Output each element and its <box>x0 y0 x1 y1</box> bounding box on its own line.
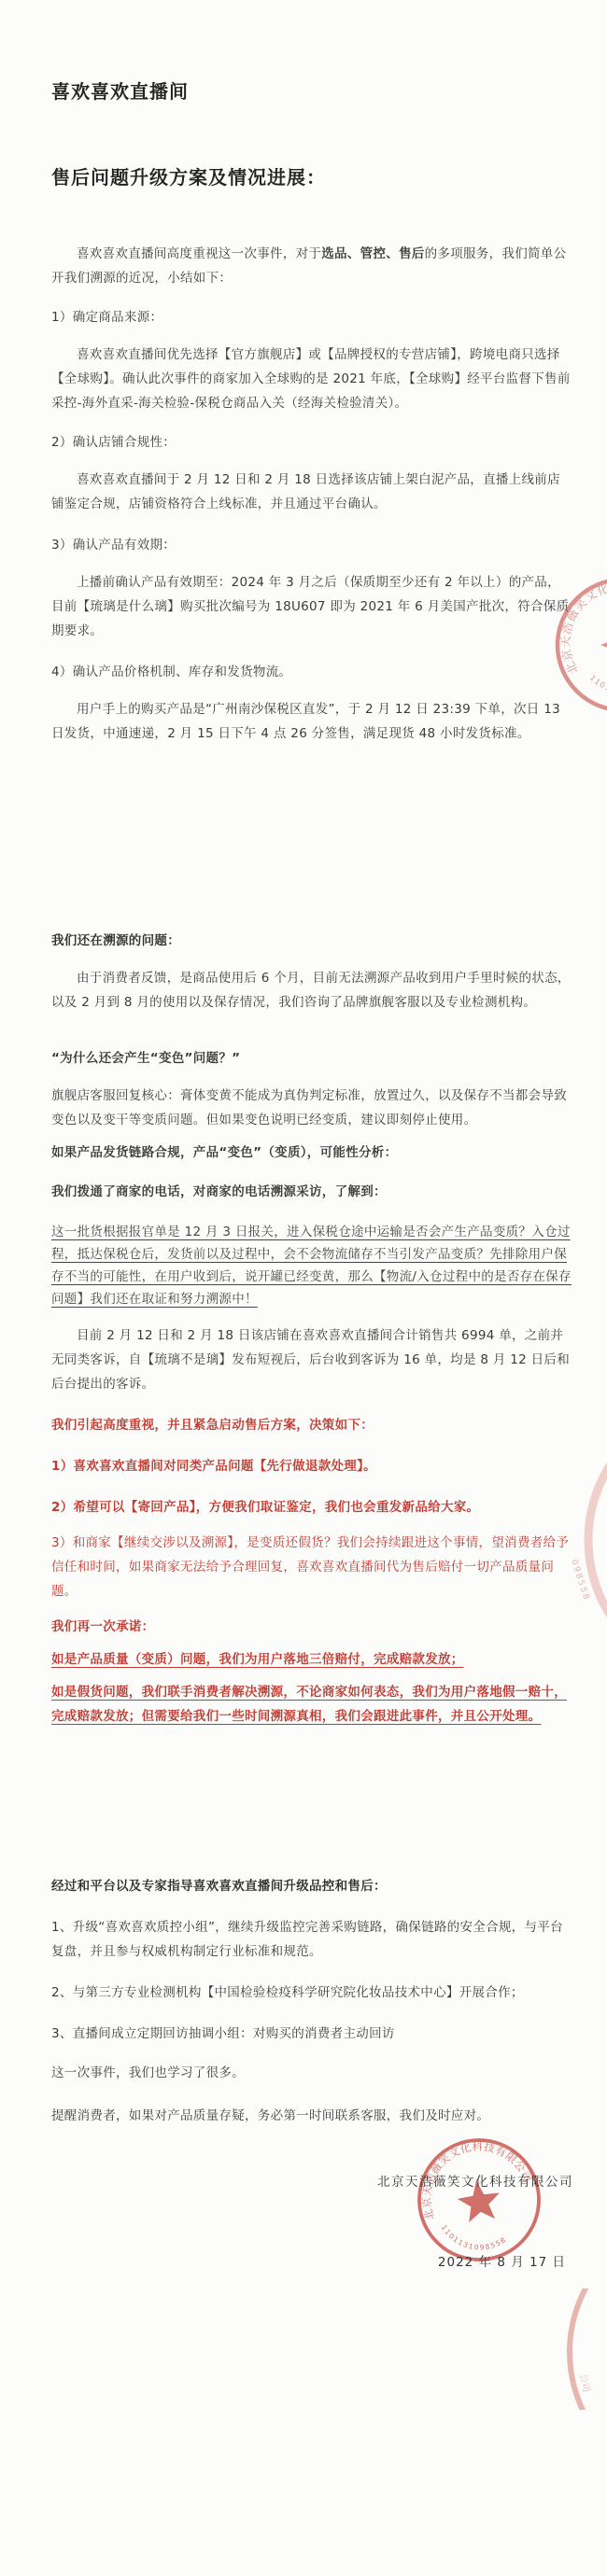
tracing-p2: 旗舰店客服回复核心：膏体变黄不能成为真伪判定标准，放置过久，以及保存不当都会导致… <box>51 1084 572 1132</box>
source-item4-body: 用户手上的购买产品是“广州南沙保税区直发”，于 2 月 12 日 23:39 下… <box>51 697 572 746</box>
source-item3-title: 3）确认产品有效期： <box>51 533 572 557</box>
upgrade-item2: 2、与第三方专业检测机构【中国检验检疫科学研究院化妆品技术中心】开展合作； <box>51 1981 572 2005</box>
doc-title-line1: 喜欢喜欢直播间 <box>51 79 572 104</box>
tracing-p1: 由于消费者反馈，是商品使用后 6 个月，目前无法溯源产品收到用户手里时候的状态，… <box>51 966 572 1015</box>
promise-1: 如是产品质量（变质）问题，我们为用户落地三倍赔付，完成赔款发放； <box>51 1647 572 1672</box>
document-page: 喜欢喜欢直播间 售后问题升级方案及情况进展： 喜欢喜欢直播间高度重视这一次事件，… <box>0 0 607 2576</box>
signature-date: 2022 年 8 月 17 日 <box>438 2251 566 2270</box>
promise-heading: 我们再一次承诺： <box>51 1615 572 1639</box>
upgrade-item3: 3、直播间成立定期回访抽调小组：对购买的消费者主动回访 <box>51 2022 572 2046</box>
svg-text:1101131098558: 1101131098558 <box>586 654 607 707</box>
learn-paragraph: 这一次事件，我们也学习了很多。 <box>51 2061 572 2085</box>
document-body: 喜欢喜欢直播间 售后问题升级方案及情况进展： 喜欢喜欢直播间高度重视这一次事件，… <box>51 0 572 2128</box>
tracing-sales: 目前 2 月 12 日和 2 月 18 日该店铺在喜欢喜欢直播间合计销售共 69… <box>51 1323 572 1396</box>
source-item3-body: 上播前确认产品有效期至：2024 年 3 月之后（保质期至少还有 2 年以上）的… <box>51 570 572 643</box>
tracing-heading: 我们还在溯源的问题： <box>51 929 572 953</box>
upgrade-item1: 1、升级“喜欢喜欢质控小组”，继续升级监控完善采购链路，确保链路的安全合规，与平… <box>51 1915 572 1964</box>
source-item2-title: 2）确认店铺合规性： <box>51 430 572 455</box>
intro-text-bold: 选品、管控、售后 <box>321 246 424 261</box>
svg-text:公司: 公司 <box>577 2373 592 2393</box>
promise-2: 如是假货问题，我们联手消费者解决溯源，不论商家如何表态，我们为用户落地假一赔十，… <box>51 1680 572 1729</box>
plan-item2: 2）希望可以【寄回产品】，方便我们取证鉴定，我们也会重发新品给大家。 <box>51 1495 572 1519</box>
plan-heading: 我们引起高度重视，并且紧急启动售后方案，决策如下： <box>51 1413 572 1437</box>
plan-item3: 3）和商家【继续交涉以及溯源】，是变质还假货？我们会持续跟进这个事情，望消费者给… <box>51 1531 572 1603</box>
source-item4-title: 4）确认产品价格机制、库存和发货物流。 <box>51 660 572 684</box>
tracing-call: 我们拨通了商家的电话，对商家的电话溯源采访，了解到： <box>51 1180 572 1204</box>
company-seal-icon: 北京天浩薇笑文化科技有限公司 1101131098558 <box>409 2130 549 2270</box>
plan-item1: 1）喜欢喜欢直播间对同类产品问题【先行做退款处理】。 <box>51 1454 572 1478</box>
company-seal-partial-bottom-icon: 公司 <box>556 2289 607 2410</box>
tracing-analysis: 如果产品发货链路合规，产品“变色”（变质），可能性分析： <box>51 1141 572 1165</box>
upgrade-heading: 经过和平台以及专家指导喜欢喜欢直播间升级品控和售后： <box>51 1874 572 1898</box>
source-item1-title: 1）确定商品来源： <box>51 305 572 329</box>
remind-paragraph: 提醒消费者，如果对产品质量存疑，务必第一时间联系客服，我们及时应对。 <box>51 2104 572 2128</box>
source-item2-body: 喜欢喜欢直播间于 2 月 12 日和 2 月 18 日选择该店铺上架白泥产品，直… <box>51 468 572 516</box>
source-item1-body: 喜欢喜欢直播间优先选择【官方旗舰店】或【品牌授权的专营店铺】，跨境电商只选择【全… <box>51 343 572 415</box>
intro-text-pre: 喜欢喜欢直播间高度重视这一次事件，对于 <box>77 246 321 261</box>
intro-paragraph: 喜欢喜欢直播间高度重视这一次事件，对于选品、管控、售后的多项服务，我们简单公开我… <box>51 242 572 290</box>
tracing-underlined: 这一批货根据报官单是 12 月 3 日报关，进入保税仓途中运输是否会产生产品变质… <box>51 1221 572 1310</box>
signature-company: 北京天浩薇笑文化科技有限公司 <box>377 2171 573 2190</box>
doc-title-line2: 售后问题升级方案及情况进展： <box>51 165 572 189</box>
tracing-question: “为什么还会产生“变色”问题？” <box>51 1046 572 1071</box>
